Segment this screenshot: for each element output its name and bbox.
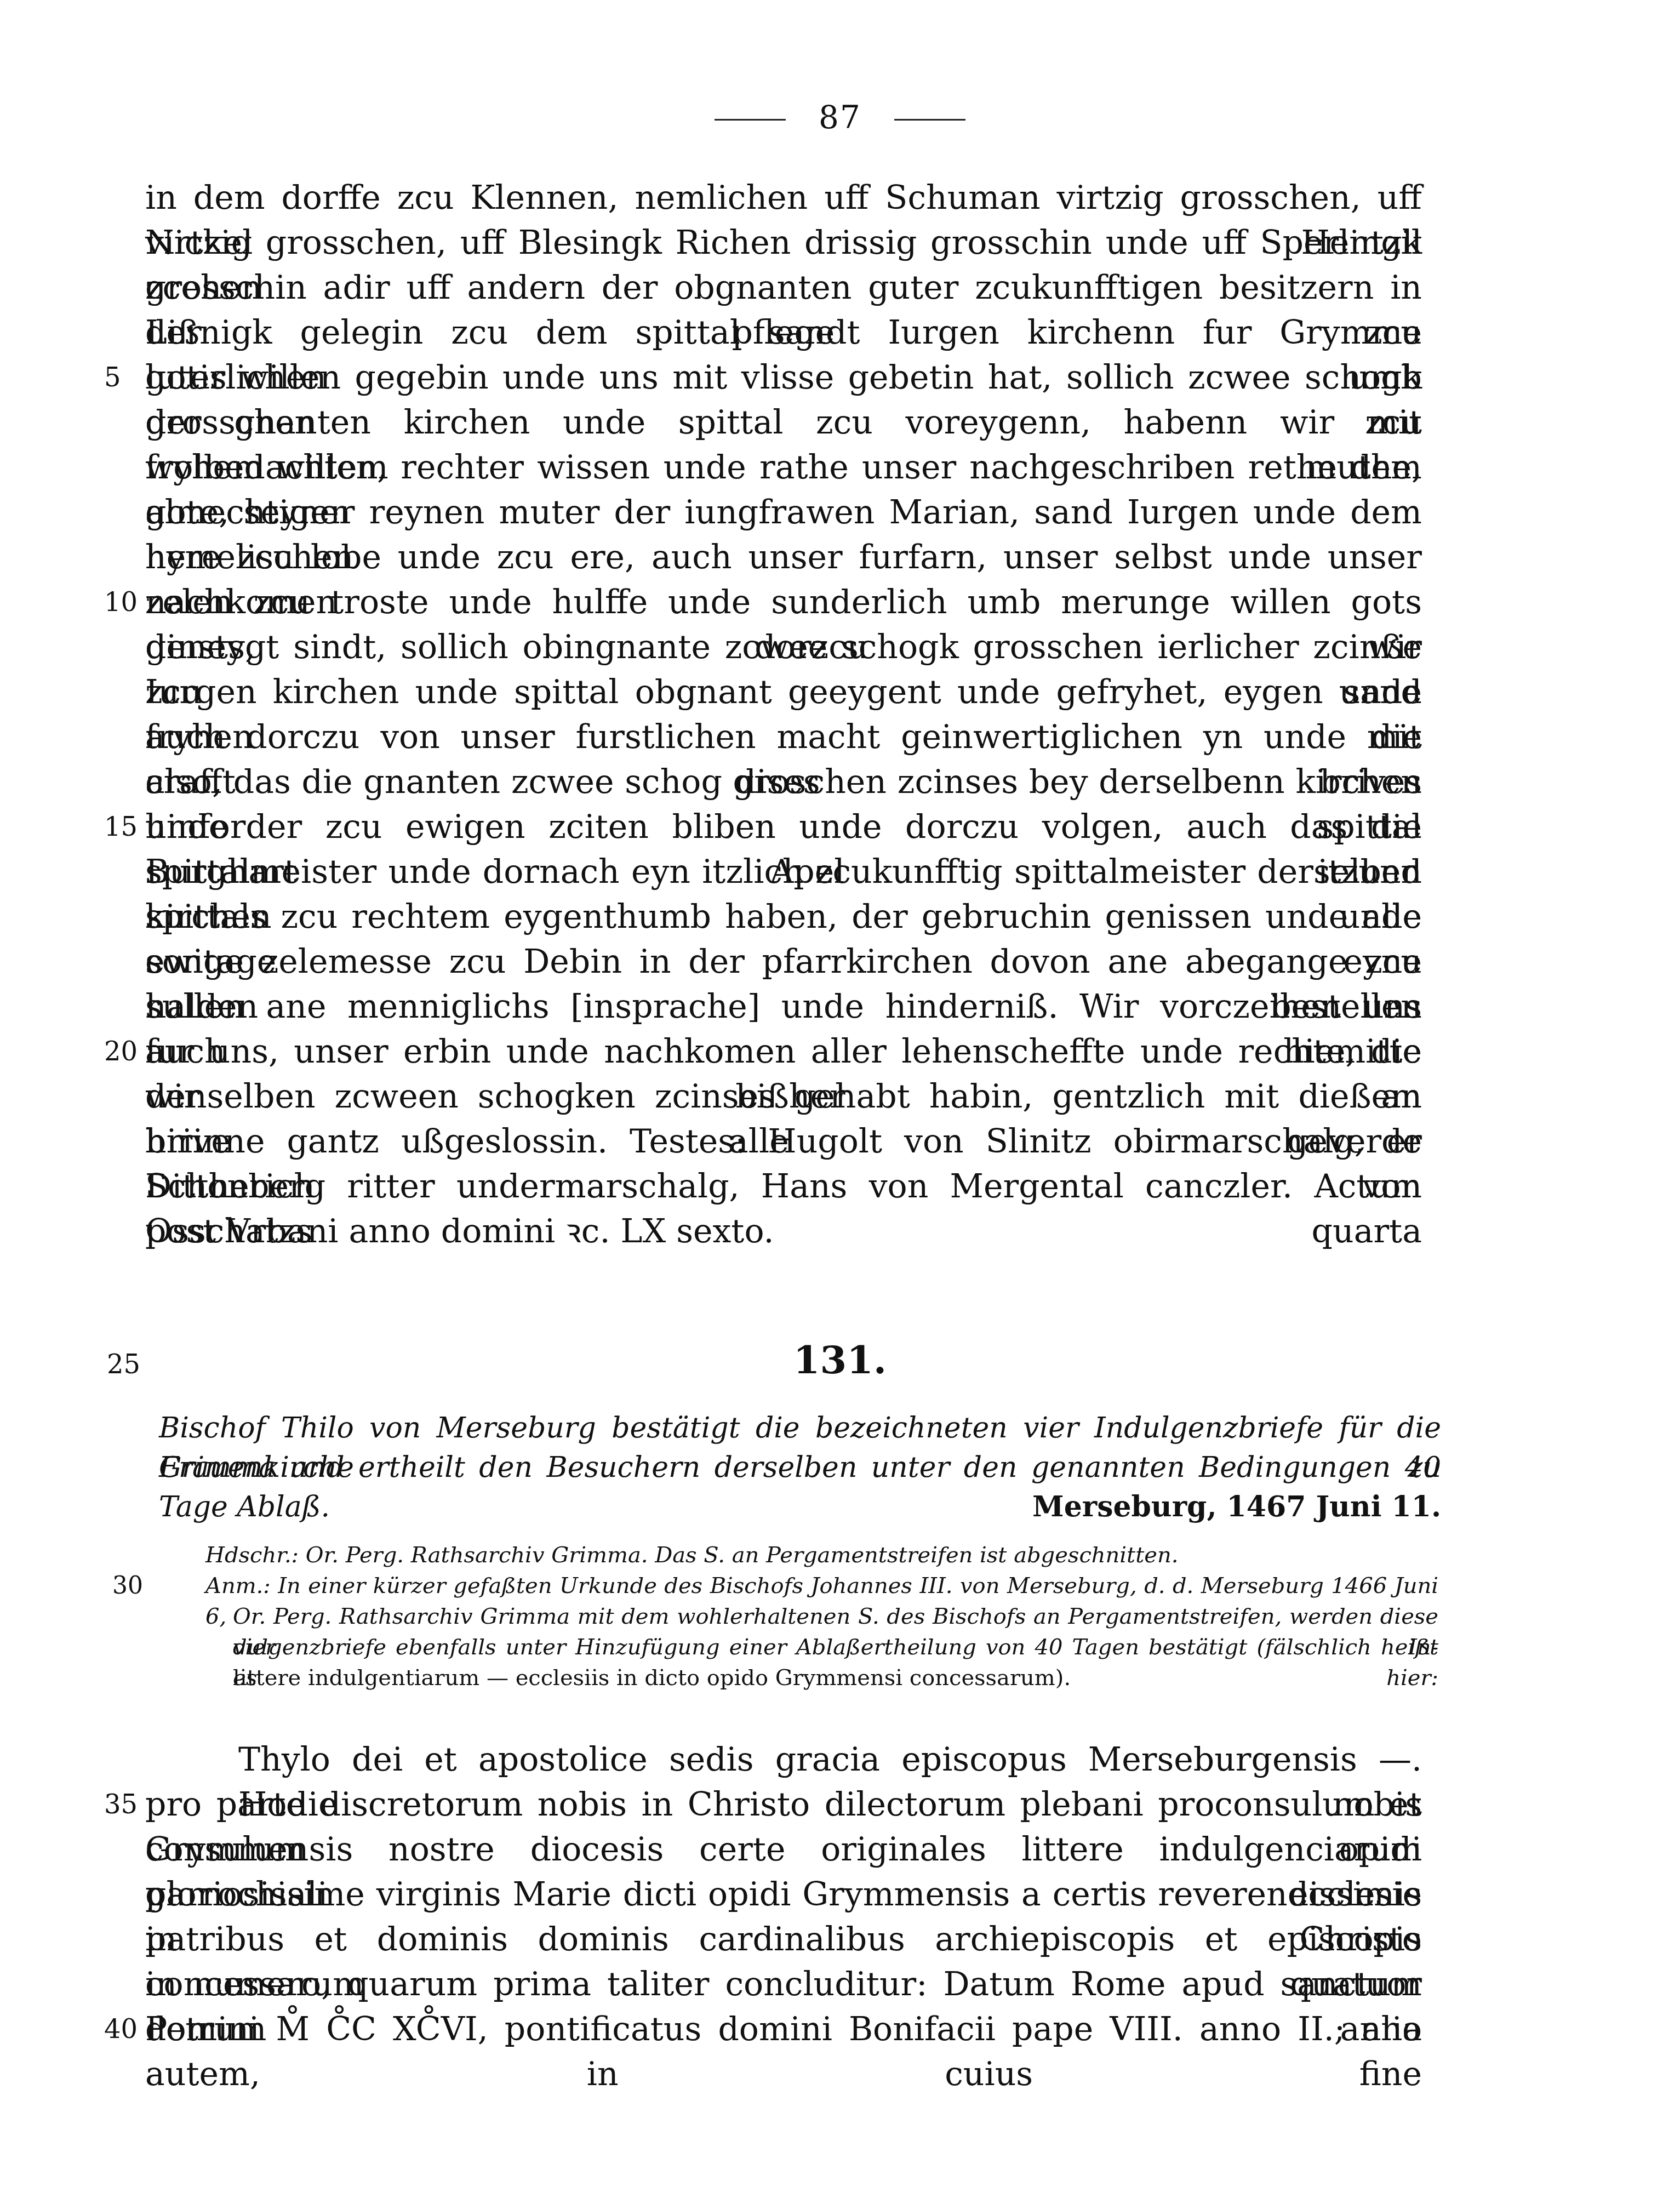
line-number: 30 xyxy=(112,1571,143,1601)
line-number: 10 xyxy=(104,580,137,625)
line-number: 35 xyxy=(104,1782,137,1827)
text-line: in numero, quarum prima taliter concludi… xyxy=(145,1962,1422,2007)
header-rule-left xyxy=(715,119,786,121)
document-heading: 25 131. xyxy=(0,1337,1680,1392)
line-number: 15 xyxy=(104,804,137,849)
line-number: 20 xyxy=(104,1029,137,1074)
text-line: Lißnigk gelegin zcu dem spittal sandt Iu… xyxy=(145,310,1422,355)
regest-summary: Bischof Thilo von Merseburg bestätigt di… xyxy=(159,1408,1441,1527)
text-line: auch dorczu von unser furstlichen macht … xyxy=(145,715,1422,760)
note-line: Hdschr.: Or. Perg. Rathsarchiv Grimma. D… xyxy=(205,1540,1438,1571)
document-number: 131. xyxy=(0,1337,1680,1383)
text-line: 15hinforder zcu ewigen zciten bliben und… xyxy=(145,804,1422,849)
text-line: patribus et dominis dominis cardinalibus… xyxy=(145,1917,1422,1962)
text-line: also, das die gnanten zcwee schog grosch… xyxy=(145,760,1422,804)
text-line: gloriosissime virginis Marie dicti opidi… xyxy=(145,1872,1422,1917)
note-line: Or. Perg. Rathsarchiv Grimma mit dem woh… xyxy=(205,1601,1438,1632)
text-line: spittals zcu rechtem eygenthumb haben, d… xyxy=(145,894,1422,939)
regest-line: Bischof Thilo von Merseburg bestätigt di… xyxy=(159,1408,1441,1448)
page-header: 87 xyxy=(0,99,1680,136)
text-line: hirinne gantz ußgeslossin. Testes: Hugol… xyxy=(145,1119,1422,1164)
text-line: der gnanten kirchen unde spittal zcu vor… xyxy=(145,400,1422,445)
header-rule-right xyxy=(894,119,965,121)
regest-line: Grimma und ertheilt den Besuchern dersel… xyxy=(159,1448,1441,1487)
text-line: 20fur uns, unser erbin unde nachkomen al… xyxy=(145,1029,1422,1074)
body-text: in dem dorffe zcu Klennen, nemlichen uff… xyxy=(145,175,1422,1254)
note-line: dulgenzbriefe ebenfalls unter Hinzufügun… xyxy=(205,1632,1438,1663)
note-line: littere indulgentiarum — ecclesiis in di… xyxy=(205,1663,1438,1693)
text-line: 10zelen zcu troste unde hulffe unde sund… xyxy=(145,580,1422,625)
text-line: post Vrbani anno domini ꝛc. LX sexto. xyxy=(145,1209,1422,1254)
note-line: 30Anm.: In einer kürzer gefaßten Urkunde… xyxy=(205,1571,1438,1601)
line-number: 5 xyxy=(104,355,137,400)
text-line: 35pro parte discretorum nobis in Christo… xyxy=(145,1782,1422,1827)
text-line: sullen ane menniglichs [insprache] unde … xyxy=(145,984,1422,1029)
apparatus-notes: Hdschr.: Or. Perg. Rathsarchiv Grimma. D… xyxy=(205,1540,1438,1693)
text-line: Schonberg ritter undermarschalg, Hans vo… xyxy=(145,1164,1422,1209)
text-line: virtzig grosschen, uff Blesingk Richen d… xyxy=(145,220,1422,265)
text-line: spittalmeister unde dornach eyn itzlich … xyxy=(145,849,1422,894)
text-line: Iurgen kirchen unde spittal obgnant geey… xyxy=(145,670,1422,715)
place-date: Merseburg, 1467 Juni 11. xyxy=(159,1487,1441,1527)
text-line: gote, seyner reynen muter der iungfrawen… xyxy=(145,490,1422,535)
text-line: ewige zelemesse zcu Debin in der pfarrki… xyxy=(145,939,1422,984)
text-line: grosschin adir uff andern der obgnanten … xyxy=(145,265,1422,310)
text-line: in dem dorffe zcu Klennen, nemlichen uff… xyxy=(145,175,1422,220)
text-line: here zcu lobe unde zcu ere, auch unser f… xyxy=(145,535,1422,580)
text-line: geneygt sindt, sollich obingnante zcwee … xyxy=(145,625,1422,670)
line-number: 40 xyxy=(104,2007,137,2052)
text-line: 5gotis willen gegebin unde uns mit vliss… xyxy=(145,355,1422,400)
latin-text: Thylo dei et apostolice sedis gracia epi… xyxy=(145,1737,1422,2052)
text-line: denselben zcween schogken zcinses gehabt… xyxy=(145,1074,1422,1119)
text-line: Grymmensis nostre diocesis certe origina… xyxy=(145,1827,1422,1872)
document-page: 87 in dem dorffe zcu Klennen, nemlichen … xyxy=(0,0,1680,2198)
text-line: 40domini M̊ C̊C XC̊VI, pontificatus domi… xyxy=(145,2007,1422,2052)
text-line: fryhem willen, rechter wissen unde rathe… xyxy=(145,445,1422,490)
page-number: 87 xyxy=(819,99,861,136)
text-line: Thylo dei et apostolice sedis gracia epi… xyxy=(145,1737,1422,1782)
